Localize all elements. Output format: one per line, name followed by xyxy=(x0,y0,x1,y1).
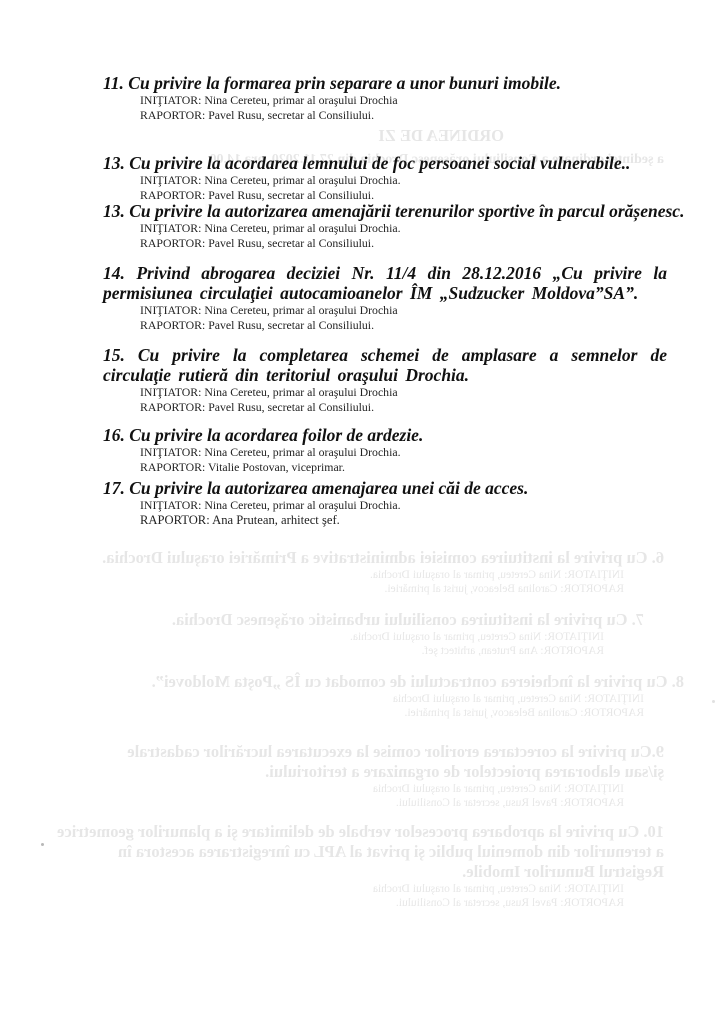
ghost-initiator: INIŢIATOR: Nina Cereteu, primar al oraşu… xyxy=(54,882,624,896)
ghost-title: 9.Cu privire la corectarea erorilor comi… xyxy=(104,742,664,782)
agenda-item-title: 15. Cu privire la completarea schemei de… xyxy=(103,345,667,385)
ghost-initiator: INIŢIATOR: Nina Cereteu, primar al oraşu… xyxy=(152,692,644,706)
ghost-block-9: 9.Cu privire la corectarea erorilor comi… xyxy=(104,742,664,810)
ghost-title: 10. Cu privire la aprobarea proceselor v… xyxy=(54,822,664,882)
ghost-initiator: INIŢIATOR: Nina Cereteu, primar al oraşu… xyxy=(102,568,624,582)
agenda-item-raportor: RAPORTOR: Vitalie Postovan, viceprimar. xyxy=(140,460,667,475)
agenda-item-title: 13. Cu privire la acordarea lemnului de … xyxy=(103,153,667,173)
agenda-item-initiator: INIŢIATOR: Nina Cereteu, primar al oraşu… xyxy=(140,93,667,108)
agenda-item-raportor: RAPORTOR: Pavel Rusu, secretar al Consil… xyxy=(140,400,667,415)
agenda-item-initiator: INIŢIATOR: Nina Cereteu, primar al oraşu… xyxy=(140,498,667,513)
agenda-item-raportor: RAPORTOR: Pavel Rusu, secretar al Consil… xyxy=(140,318,667,333)
ghost-block-7: 7. Cu privire la instituirea consiliului… xyxy=(172,610,644,658)
ghost-block-6: 6. Cu privire la instituirea comisiei ad… xyxy=(102,548,664,596)
agenda-item-17: 17. Cu privire la autorizarea amenajarea… xyxy=(103,478,667,527)
ghost-heading: ORDINEA DE ZI xyxy=(378,126,504,146)
agenda-item-15: 15. Cu privire la completarea schemei de… xyxy=(103,345,667,414)
ghost-raportor: RAPORTOR: Carolina Beleacov, jurist al p… xyxy=(102,582,624,596)
agenda-item-initiator: INIŢIATOR: Nina Cereteu, primar al oraşu… xyxy=(140,221,667,236)
document-page: ORDINEA DE ZI a şedinţei ordinare a Cons… xyxy=(0,0,724,1024)
agenda-item-initiator: INIŢIATOR: Nina Cereteu, primar al oraşu… xyxy=(140,385,667,400)
agenda-item-title: 17. Cu privire la autorizarea amenajarea… xyxy=(103,478,667,498)
agenda-item-raportor: RAPORTOR: Pavel Rusu, secretar al Consil… xyxy=(140,108,667,123)
ghost-block-8: 8. Cu privire la încheierea contractului… xyxy=(152,672,684,720)
ghost-raportor: RAPORTOR: Pavel Rusu, secretar al Consil… xyxy=(54,896,624,910)
agenda-item-13b: 13. Cu privire la autorizarea amenajării… xyxy=(103,201,667,250)
agenda-item-initiator: INIŢIATOR: Nina Cereteu, primar al oraşu… xyxy=(140,445,667,460)
agenda-item-raportor: RAPORTOR: Pavel Rusu, secretar al Consil… xyxy=(140,188,667,203)
agenda-item-raportor: RAPORTOR: Pavel Rusu, secretar al Consil… xyxy=(140,236,667,251)
agenda-item-initiator: INIŢIATOR: Nina Cereteu, primar al oraşu… xyxy=(140,303,667,318)
scan-speck xyxy=(41,843,44,846)
ghost-raportor: RAPORTOR: Pavel Rusu, secretar al Consil… xyxy=(104,796,624,810)
ghost-title: 7. Cu privire la instituirea consiliului… xyxy=(172,610,644,630)
ghost-heading-text: ORDINEA DE ZI xyxy=(378,126,504,146)
agenda-item-initiator: INIŢIATOR: Nina Cereteu, primar al oraşu… xyxy=(140,173,667,188)
scan-speck xyxy=(712,700,715,703)
agenda-item-11: 11. Cu privire la formarea prin separare… xyxy=(103,73,667,122)
agenda-item-title: 13. Cu privire la autorizarea amenajării… xyxy=(103,201,667,221)
ghost-initiator: INIŢIATOR: Nina Cereteu, primar al oraşu… xyxy=(104,782,624,796)
agenda-item-16: 16. Cu privire la acordarea foilor de ar… xyxy=(103,425,667,474)
agenda-item-14: 14. Privind abrogarea deciziei Nr. 11/4 … xyxy=(103,263,667,332)
agenda-item-13a: 13. Cu privire la acordarea lemnului de … xyxy=(103,153,667,202)
ghost-raportor: RAPORTOR: Ana Prutean, arhitect şef. xyxy=(172,644,604,658)
agenda-item-raportor: RAPORTOR: Ana Prutean, arhitect şef. xyxy=(140,513,667,528)
agenda-item-title: 14. Privind abrogarea deciziei Nr. 11/4 … xyxy=(103,263,667,303)
ghost-initiator: INIŢIATOR: Nina Cereteu, primar al oraşu… xyxy=(172,630,604,644)
agenda-item-title: 11. Cu privire la formarea prin separare… xyxy=(103,73,667,93)
ghost-title: 6. Cu privire la instituirea comisiei ad… xyxy=(102,548,664,568)
ghost-block-10: 10. Cu privire la aprobarea proceselor v… xyxy=(54,822,664,910)
ghost-raportor: RAPORTOR: Carolina Beleacov, jurist al p… xyxy=(152,706,644,720)
ghost-title: 8. Cu privire la încheierea contractului… xyxy=(152,672,684,692)
agenda-item-title: 16. Cu privire la acordarea foilor de ar… xyxy=(103,425,667,445)
